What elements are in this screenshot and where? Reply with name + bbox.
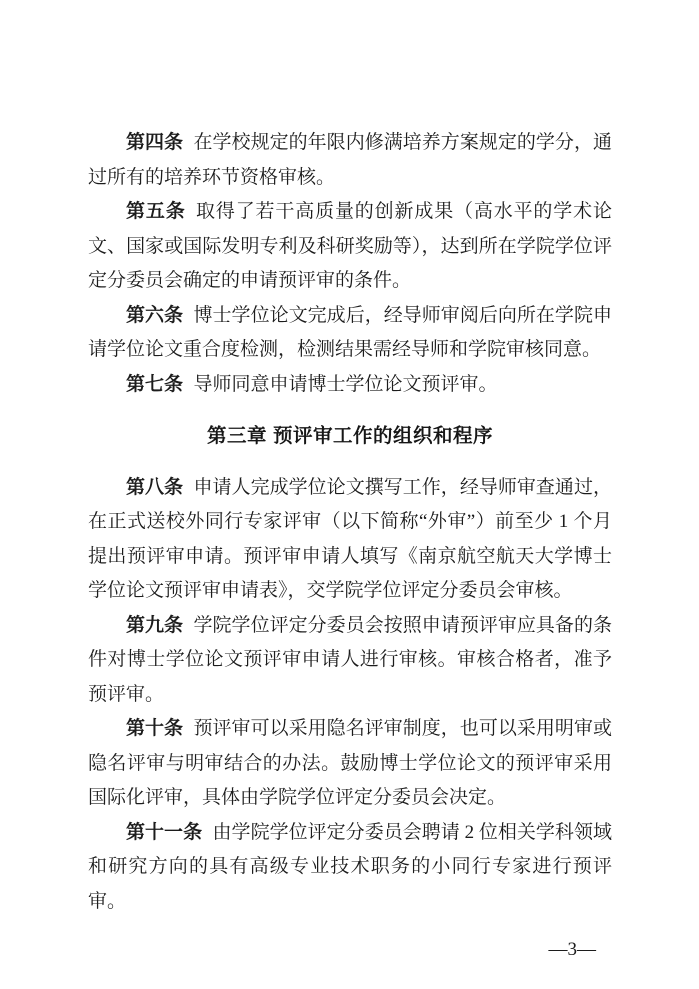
article-number: 第七条 <box>126 374 183 395</box>
article-paragraph-4: 第四条在学校规定的年限内修满培养方案规定的学分，通过所有的培养环节资格审核。 <box>88 126 612 195</box>
article-paragraph-9: 第九条学院学位评定分委员会按照申请预评审应具备的条件对博士学位论文预评审申请人进… <box>88 609 612 713</box>
article-paragraph-10: 第十条预评审可以采用隐名评审制度，也可以采用明审或隐名评审与明审结合的办法。鼓励… <box>88 712 612 816</box>
article-paragraph-8: 第八条申请人完成学位论文撰写工作，经导师审查通过，在正式送校外同行专家评审（以下… <box>88 471 612 609</box>
article-paragraph-11: 第十一条由学院学位评定分委员会聘请 2 位相关学科领域和研究方向的具有高级专业技… <box>88 816 612 920</box>
article-paragraph-6: 第六条博士学位论文完成后，经导师审阅后向所在学院申请学位论文重合度检测，检测结果… <box>88 299 612 368</box>
article-paragraph-5: 第五条取得了若干高质量的创新成果（高水平的学术论文、国家或国际发明专利及科研奖励… <box>88 195 612 299</box>
article-number: 第九条 <box>126 615 183 636</box>
article-number: 第四条 <box>126 132 183 153</box>
article-number: 第八条 <box>126 477 183 498</box>
article-text: 导师同意申请博士学位论文预评审。 <box>193 374 497 395</box>
article-number: 第十一条 <box>126 822 202 843</box>
page-number: —3— <box>88 935 612 965</box>
article-paragraph-7: 第七条导师同意申请博士学位论文预评审。 <box>88 368 612 403</box>
article-number: 第五条 <box>126 201 186 222</box>
article-number: 第十条 <box>126 718 183 739</box>
article-number: 第六条 <box>126 305 183 326</box>
document-page: 第四条在学校规定的年限内修满培养方案规定的学分，通过所有的培养环节资格审核。 第… <box>0 0 699 989</box>
chapter-heading: 第三章 预评审工作的组织和程序 <box>88 419 612 454</box>
document-body: 第四条在学校规定的年限内修满培养方案规定的学分，通过所有的培养环节资格审核。 第… <box>88 126 612 919</box>
